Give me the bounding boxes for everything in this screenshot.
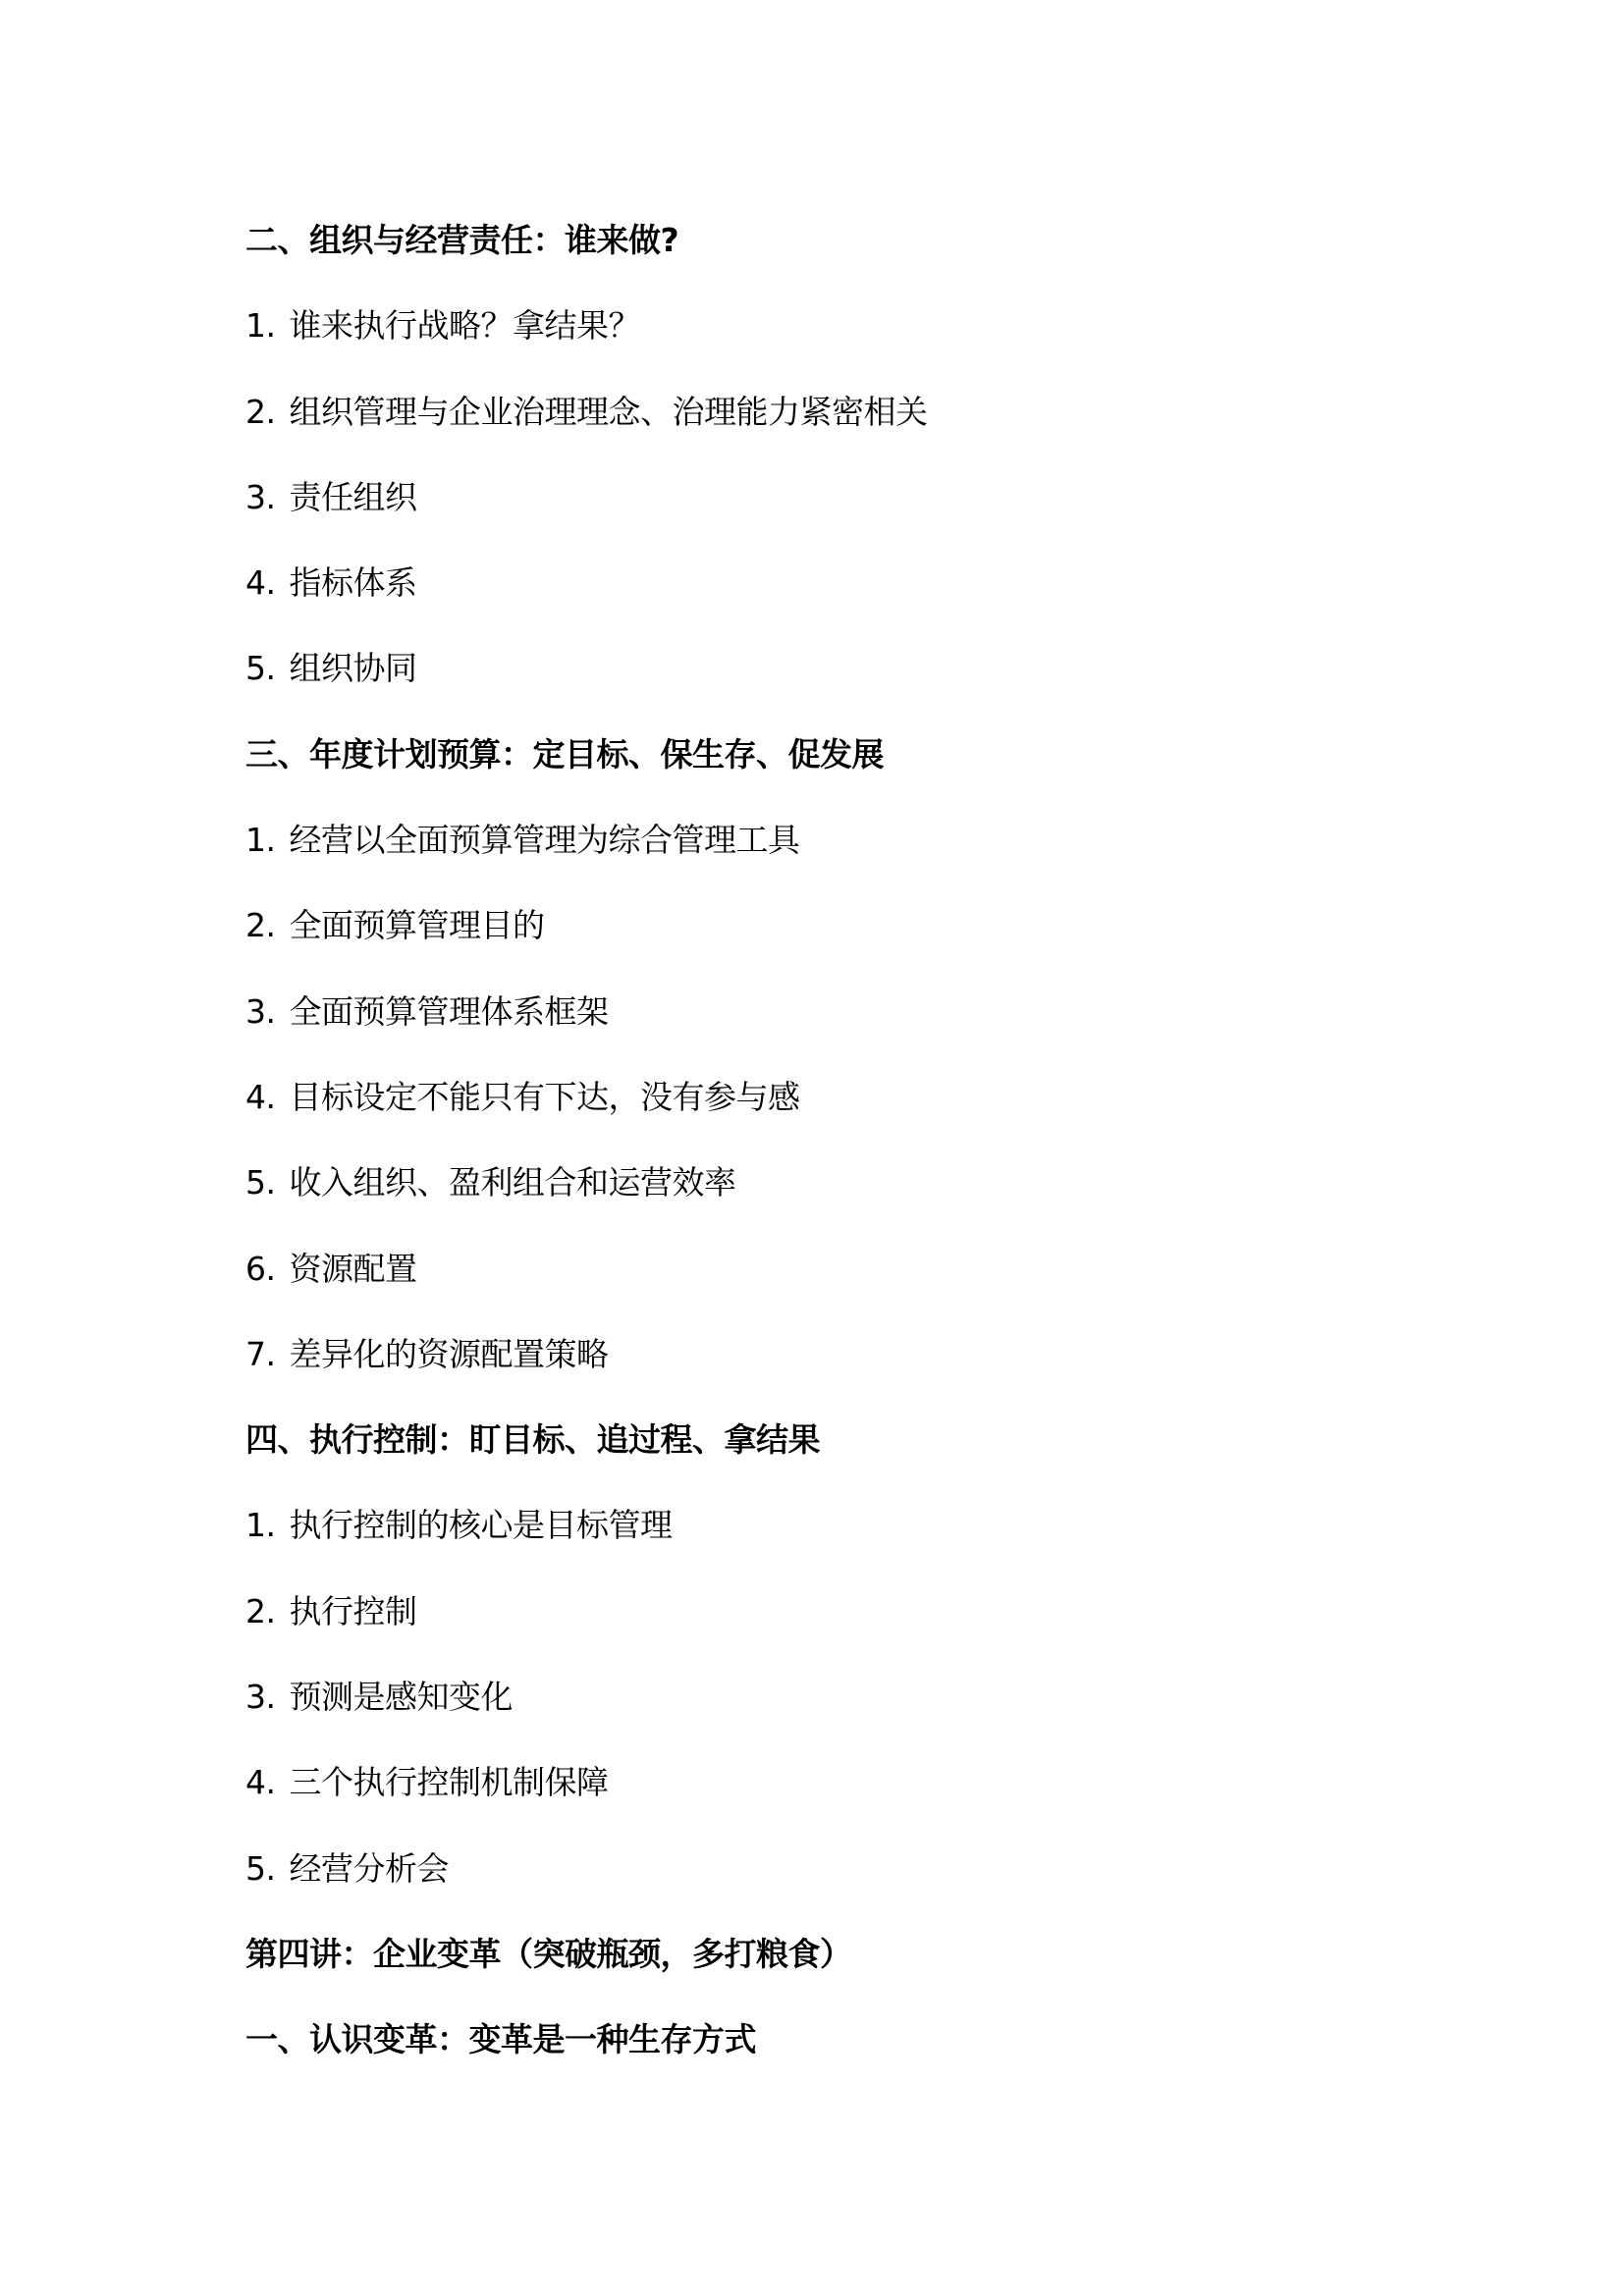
item-text: 执行控制: [290, 1592, 417, 1630]
list-item: 1.谁来执行战略？拿结果？: [245, 303, 1424, 389]
section-heading-understanding-change: 一、认识变革：变革是一种生存方式: [245, 2017, 1424, 2103]
list-item: 6.资源配置: [245, 1247, 1424, 1332]
lecture-heading-enterprise-change: 第四讲：企业变革（突破瓶颈，多打粮食）: [245, 1932, 1424, 2017]
list-item: 1.执行控制的核心是目标管理: [245, 1503, 1424, 1588]
item-text: 差异化的资源配置策略: [290, 1335, 609, 1373]
list-item: 3.预测是感知变化: [245, 1675, 1424, 1760]
list-item: 4.三个执行控制机制保障: [245, 1760, 1424, 1845]
item-number: 6.: [245, 1247, 276, 1292]
item-text: 预测是感知变化: [290, 1678, 514, 1716]
item-text: 责任组织: [290, 478, 417, 516]
item-text: 经营分析会: [290, 1849, 450, 1888]
list-item: 2.全面预算管理目的: [245, 903, 1424, 988]
item-number: 2.: [245, 390, 276, 435]
item-text: 全面预算管理体系框架: [290, 992, 609, 1031]
list-item: 4.指标体系: [245, 561, 1424, 646]
item-number: 3.: [245, 1675, 276, 1720]
item-text: 三个执行控制机制保障: [290, 1763, 609, 1801]
list-item: 4.目标设定不能只有下达，没有参与感: [245, 1075, 1424, 1160]
item-text: 全面预算管理目的: [290, 906, 545, 944]
item-text: 指标体系: [290, 563, 417, 602]
item-number: 2.: [245, 903, 276, 948]
item-number: 1.: [245, 818, 276, 863]
item-number: 3.: [245, 475, 276, 520]
item-number: 5.: [245, 1846, 276, 1892]
item-text: 收入组织、盈利组合和运营效率: [290, 1163, 736, 1201]
item-number: 1.: [245, 303, 276, 348]
list-item: 5.经营分析会: [245, 1846, 1424, 1932]
item-number: 4.: [245, 561, 276, 606]
section-heading-execution-control: 四、执行控制：盯目标、追过程、拿结果: [245, 1417, 1424, 1503]
item-number: 4.: [245, 1075, 276, 1120]
item-text: 组织协同: [290, 649, 417, 687]
item-text: 组织管理与企业治理理念、治理能力紧密相关: [290, 393, 928, 431]
list-item: 5.组织协同: [245, 646, 1424, 731]
item-number: 5.: [245, 646, 276, 691]
list-item: 7.差异化的资源配置策略: [245, 1332, 1424, 1417]
item-number: 3.: [245, 989, 276, 1035]
list-item: 3.全面预算管理体系框架: [245, 989, 1424, 1075]
section-heading-annual-budget: 三、年度计划预算：定目标、保生存、促发展: [245, 732, 1424, 818]
list-item: 3.责任组织: [245, 475, 1424, 561]
item-number: 2.: [245, 1589, 276, 1634]
item-text: 执行控制的核心是目标管理: [290, 1506, 673, 1544]
item-text: 目标设定不能只有下达，没有参与感: [290, 1078, 800, 1116]
list-item: 2.执行控制: [245, 1589, 1424, 1675]
document-page: 二、组织与经营责任：谁来做? 1.谁来执行战略？拿结果？ 2.组织管理与企业治理…: [245, 218, 1424, 2104]
item-number: 5.: [245, 1160, 276, 1205]
list-item: 5.收入组织、盈利组合和运营效率: [245, 1160, 1424, 1246]
list-item: 2.组织管理与企业治理理念、治理能力紧密相关: [245, 390, 1424, 475]
list-item: 1.经营以全面预算管理为综合管理工具: [245, 818, 1424, 903]
item-text: 经营以全面预算管理为综合管理工具: [290, 821, 800, 859]
item-text: 谁来执行战略？拿结果？: [290, 306, 641, 345]
item-number: 1.: [245, 1503, 276, 1548]
section-heading-organization: 二、组织与经营责任：谁来做?: [245, 218, 1424, 303]
item-number: 7.: [245, 1332, 276, 1377]
item-number: 4.: [245, 1760, 276, 1805]
item-text: 资源配置: [290, 1250, 417, 1288]
